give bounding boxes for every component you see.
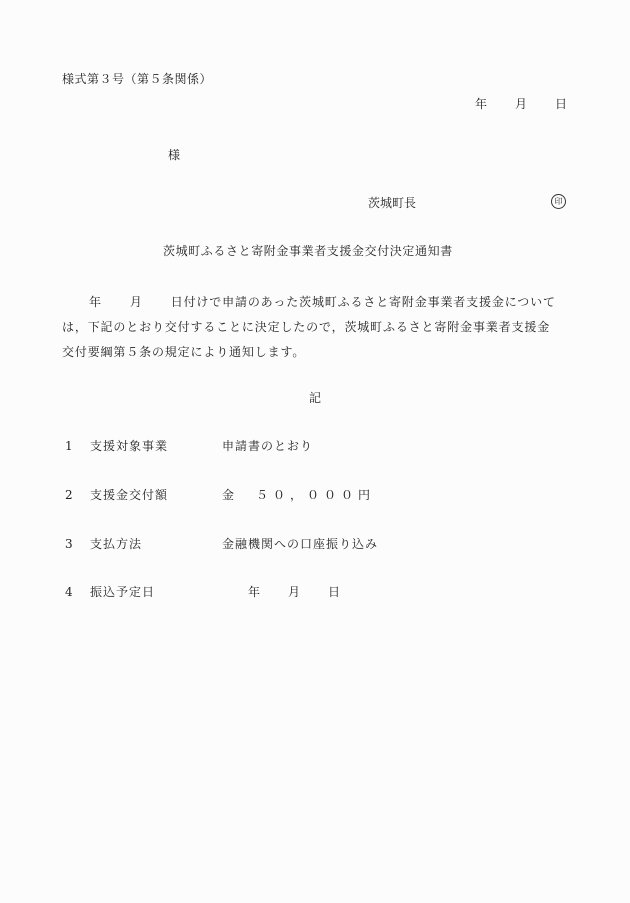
item-number: 3 <box>65 536 79 552</box>
item-label: 支援金交付額 <box>90 487 168 503</box>
item-label: 振込予定日 <box>90 584 155 600</box>
seal-icon: 印 <box>551 194 566 209</box>
document-title: 茨城町ふるさと寄附金事業者支援金交付決定通知書 <box>163 243 453 259</box>
body-line-1: 年月日付けで申請のあった茨城町ふるさと寄附金事業者支援金について <box>62 290 582 315</box>
issue-date-day-label: 日 <box>555 96 567 112</box>
issue-date: 年月日 <box>475 96 567 112</box>
item-value: 年月日 <box>248 584 340 600</box>
body-paragraph: 年月日付けで申請のあった茨城町ふるさと寄附金事業者支援金について は，下記のとお… <box>62 290 582 365</box>
item-value: 金融機関への口座振り込み <box>222 536 378 552</box>
item-label: 支援対象事業 <box>90 438 168 454</box>
item-label: 支払方法 <box>90 536 142 552</box>
item-number: 4 <box>65 584 79 600</box>
form-number: 様式第３号（第５条関係） <box>62 71 212 87</box>
recipient-suffix: 様 <box>168 147 180 163</box>
item-number: 2 <box>65 487 79 503</box>
transfer-day-label: 日 <box>328 584 340 600</box>
body-month-label: 月 <box>130 295 143 309</box>
issue-date-month-label: 月 <box>515 96 527 112</box>
item-value: 金 ５０，０００円 <box>222 487 375 503</box>
item-number: 1 <box>65 438 79 454</box>
body-line-1-text: 日付けで申請のあった茨城町ふるさと寄附金事業者支援金について <box>171 295 556 309</box>
ki-heading: 記 <box>309 390 321 406</box>
body-year-label: 年 <box>89 295 102 309</box>
body-line-3: 交付要綱第５条の規定により通知します。 <box>62 340 582 365</box>
transfer-month-label: 月 <box>288 584 300 600</box>
issue-date-year-label: 年 <box>475 96 487 112</box>
item-value: 申請書のとおり <box>222 438 313 454</box>
issuer-name: 茨城町長 <box>368 195 416 211</box>
transfer-year-label: 年 <box>248 584 260 600</box>
body-line-2: は，下記のとおり交付することに決定したので，茨城町ふるさと寄附金事業者支援金 <box>62 315 582 340</box>
